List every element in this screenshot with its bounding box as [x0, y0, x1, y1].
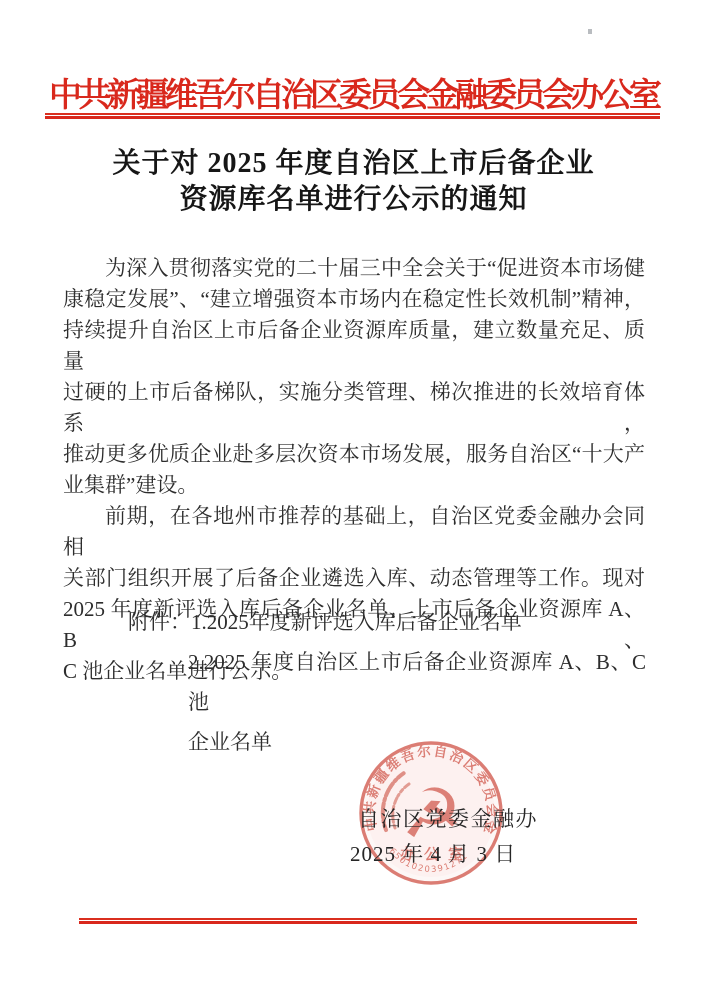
scan-artifact-speck — [588, 29, 592, 34]
paragraph-1-line: 过硬的上市后备梯队，实施分类管理、梯次推进的长效培育体系， — [63, 377, 645, 439]
footer-rule-thick-line — [79, 921, 637, 924]
attachment-item-2: 2.2025 年度自治区上市后备企业资源库 A、B、C 池 — [188, 642, 646, 722]
paragraph-2-line: 关部门组织开展了后备企业遴选入库、动态管理等工作。现对 — [63, 563, 645, 594]
attachment-item-1: 1.2025年度新评选入库后备企业名单 — [191, 602, 522, 642]
document-title-line-2: 资源库名单进行公示的通知 — [0, 182, 707, 218]
letterhead-rule-thick-line — [45, 116, 660, 119]
letterhead-rule — [45, 113, 660, 119]
paragraph-1-line: 为深入贯彻落实党的二十届三中全会关于“促进资本市场健 — [63, 253, 645, 284]
attachments-label: 附件： — [128, 602, 191, 642]
issue-date: 2025 年 4 月 3 日 — [350, 838, 516, 868]
paragraph-1-line: 持续提升自治区上市后备企业资源库质量，建立数量充足、质量 — [63, 315, 645, 377]
paragraph-1-line: 康稳定发展”、“建立增强资本市场内在稳定性长效机制”精神， — [63, 284, 645, 315]
official-document-page: 中共新疆维吾尔自治区委员会金融委员会办公室 关于对 2025 年度自治区上市后备… — [0, 0, 707, 1000]
document-title: 关于对 2025 年度自治区上市后备企业 资源库名单进行公示的通知 — [0, 146, 707, 218]
document-title-line-1: 关于对 2025 年度自治区上市后备企业 — [0, 146, 707, 182]
paragraph-1-line: 推动更多优质企业赴多层次资本市场发展，服务自治区“十大产 — [63, 439, 645, 470]
paragraph-2-line: 前期，在各地州市推荐的基础上，自治区党委金融办会同相 — [63, 501, 645, 563]
footer-rule — [79, 918, 637, 924]
attachment-row-1: 附件： 1.2025年度新评选入库后备企业名单 — [128, 602, 648, 642]
letterhead-office-name: 中共新疆维吾尔自治区委员会金融委员会办公室 — [0, 69, 707, 116]
issuer-name: 自治区党委金融办 — [358, 803, 538, 833]
paragraph-1-line: 业集群”建设。 — [63, 470, 645, 501]
